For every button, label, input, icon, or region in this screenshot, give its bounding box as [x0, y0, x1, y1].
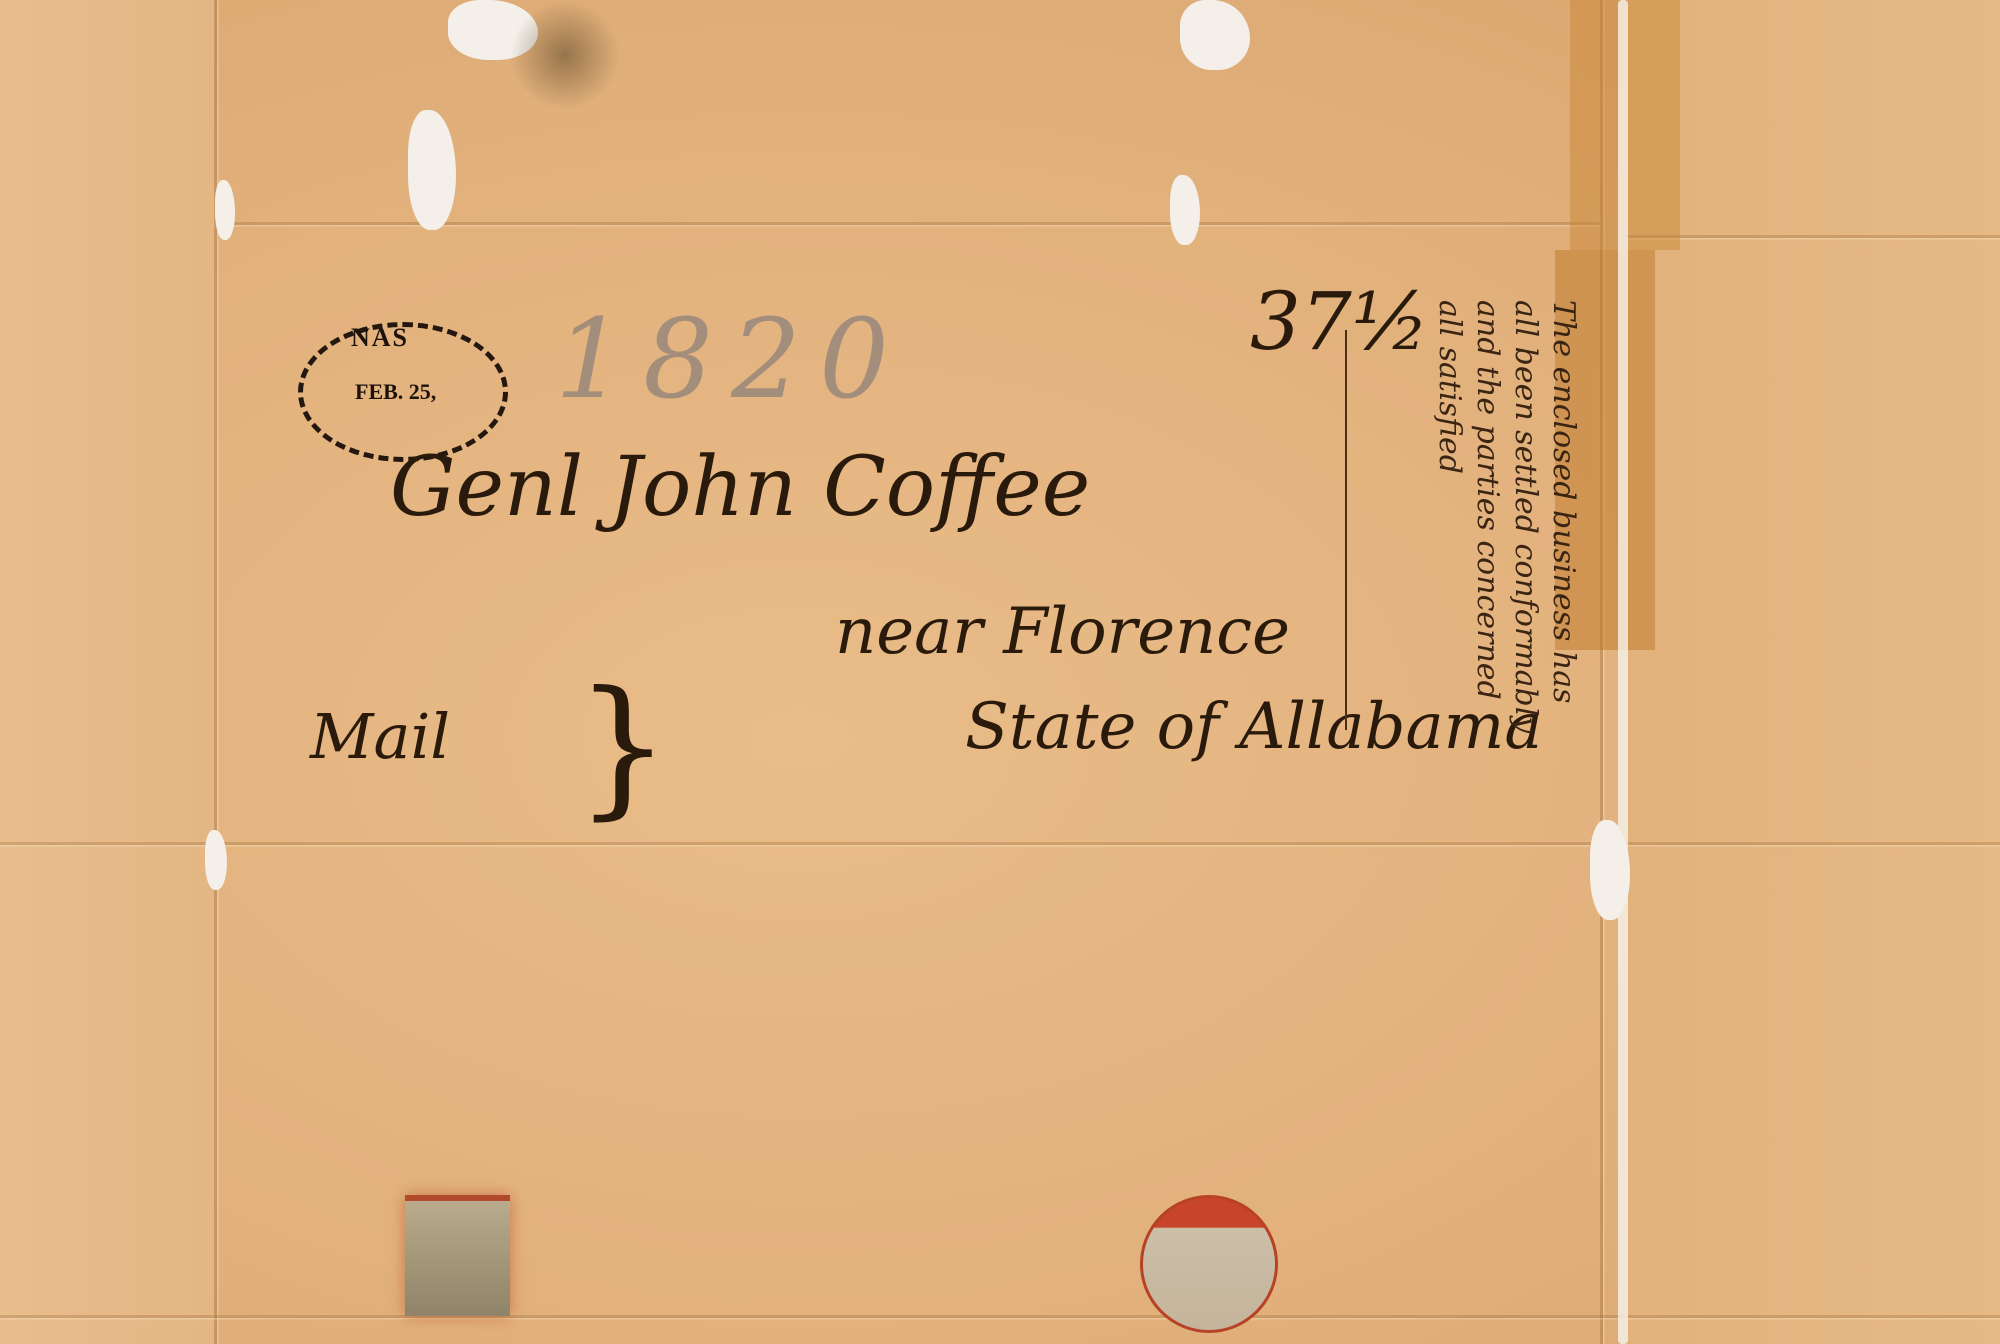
- wax-seal-remnant-right: [1140, 1195, 1278, 1333]
- docket-line-4: all satisfied: [1430, 300, 1468, 733]
- horizontal-fold-bottom: [0, 1315, 2000, 1318]
- docket-note: The enclosed business has all been settl…: [1430, 300, 1582, 733]
- docket-rule-line: [1345, 330, 1347, 730]
- mold-stain-top: [510, 0, 620, 110]
- address-line-1: Genl John Coffee: [390, 440, 1090, 535]
- horizontal-fold-middle: [0, 842, 2000, 845]
- right-fold-panel: [1625, 0, 2000, 1344]
- left-fold-panel: [0, 0, 215, 1344]
- address-line-2: near Florence: [835, 595, 1290, 669]
- docket-line-3: and the parties concerned: [1468, 300, 1506, 733]
- docket-line-1: The enclosed business has: [1544, 300, 1582, 733]
- horizontal-fold-right: [1625, 235, 2000, 238]
- vertical-tear-right: [1618, 0, 1628, 1344]
- routing-mail: Mail: [310, 700, 450, 773]
- postage-rate: 37½: [1250, 275, 1429, 368]
- postmark-town: NAS: [351, 323, 409, 353]
- wax-seal-remnant-left: [405, 1195, 510, 1316]
- pencil-year: 1820: [555, 295, 907, 423]
- docket-line-2: all been settled conformably: [1506, 300, 1544, 733]
- postmark-date: FEB. 25,: [355, 379, 436, 405]
- routing-brace: }: [575, 660, 670, 834]
